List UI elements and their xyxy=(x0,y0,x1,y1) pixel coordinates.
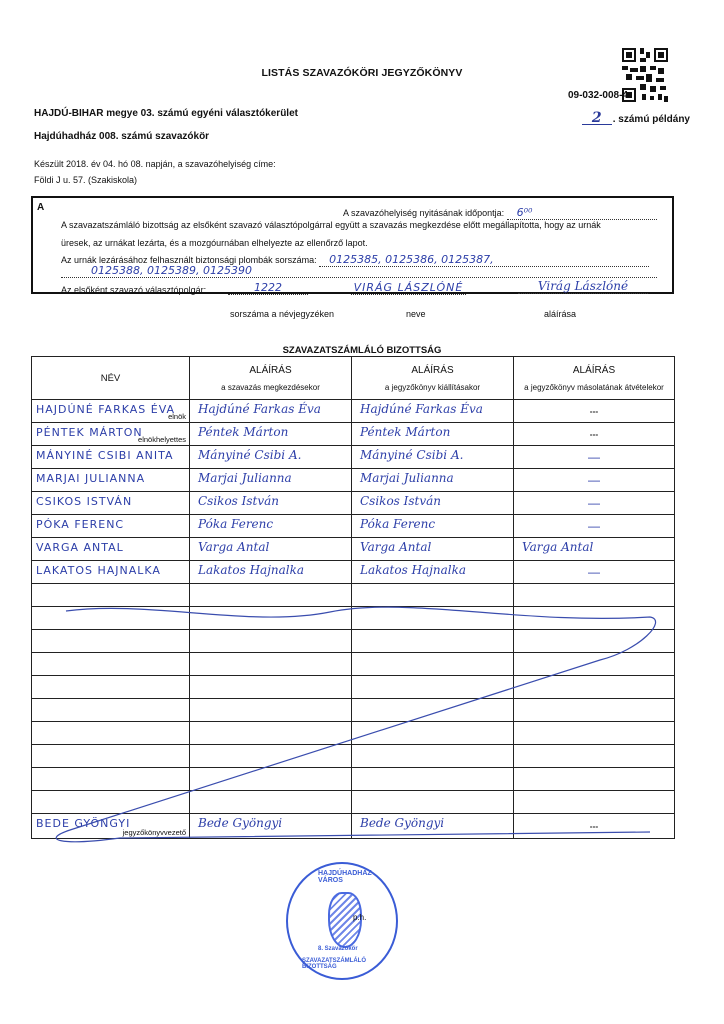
header-name: NÉV xyxy=(32,357,190,400)
member-name-cell xyxy=(32,722,190,745)
stamp-bottom-text: SZAVAZATSZÁMLÁLÓ BIZOTTSÁG xyxy=(302,958,396,970)
table-row: VARGA ANTALVarga AntalVarga AntalVarga A… xyxy=(32,538,675,561)
member-name-cell: MÁNYINÉ CSIBI ANITA xyxy=(32,446,190,469)
signature: Marjai Julianna xyxy=(360,471,454,485)
member-name: MÁNYINÉ CSIBI ANITA xyxy=(36,449,173,462)
sig-start-cell xyxy=(190,676,352,699)
committee-table: NÉV ALÁÍRÁSa szavazás megkezdésekor ALÁÍ… xyxy=(31,356,675,839)
sig-report-cell xyxy=(352,768,514,791)
copy-number-label: . számú példány xyxy=(613,114,690,125)
first-voter-name: VIRÁG LÁSZLÓNÉ xyxy=(351,281,466,295)
table-row xyxy=(32,630,675,653)
member-name: PÉNTEK MÁRTON xyxy=(36,426,143,439)
sig-start-cell xyxy=(190,584,352,607)
statement-line-2: üresek, az urnákat lezárta, és a mozgóur… xyxy=(61,238,368,248)
sig-report-cell xyxy=(352,745,514,768)
sig-copy-cell: Varga Antal xyxy=(514,538,675,561)
member-name: MARJAI JULIANNA xyxy=(36,472,145,485)
sig-copy-cell xyxy=(514,630,675,653)
first-voter-label: Az elsőként szavazó választópolgár: xyxy=(61,285,206,295)
signature: Bede Gyöngyi xyxy=(198,816,282,830)
caption-signature: aláírása xyxy=(544,309,576,319)
sig-start-cell: Bede Gyöngyi xyxy=(190,814,352,839)
member-name: VARGA ANTAL xyxy=(36,541,124,554)
sig-start-cell xyxy=(190,607,352,630)
signature: Péntek Márton xyxy=(360,425,450,439)
sig-report-cell: Bede Gyöngyi xyxy=(352,814,514,839)
signature: Varga Antal xyxy=(360,540,431,554)
sig-report-cell xyxy=(352,722,514,745)
stamp-placeholder-label: p.h. xyxy=(353,913,366,922)
signature: Varga Antal xyxy=(198,540,269,554)
header-sig-copy: ALÁÍRÁSa jegyzőkönyv másolatának átvétel… xyxy=(514,357,675,400)
sig-copy-cell xyxy=(514,791,675,814)
member-name-cell: PÉNTEK MÁRTONelnökhelyettes xyxy=(32,423,190,446)
opening-time-value: 6⁰⁰ xyxy=(507,206,657,220)
sig-report-cell: Marjai Julianna xyxy=(352,469,514,492)
member-name-cell: PÓKA FERENC xyxy=(32,515,190,538)
sig-start-cell xyxy=(190,653,352,676)
polling-address: Földi J u. 57. (Szakiskola) xyxy=(34,175,137,185)
signature: Csikos István xyxy=(198,494,279,508)
sig-copy-cell xyxy=(514,699,675,722)
first-voter-number: 1222 xyxy=(228,281,308,295)
table-row xyxy=(32,768,675,791)
sig-report-cell xyxy=(352,791,514,814)
stamp-top-text: HAJDÚHADHÁZ VÁROS xyxy=(318,870,396,884)
statement-line-1: A szavazatszámláló bizottság az elsőként… xyxy=(61,220,601,230)
sig-report-cell xyxy=(352,653,514,676)
signature: Mányiné Csibi A. xyxy=(198,448,301,462)
sig-start-cell xyxy=(190,630,352,653)
table-row: MARJAI JULIANNAMarjai JuliannaMarjai Jul… xyxy=(32,469,675,492)
member-name: PÓKA FERENC xyxy=(36,518,124,531)
member-role: elnök xyxy=(168,412,186,421)
sig-report-cell: Mányiné Csibi A. xyxy=(352,446,514,469)
member-name-cell: VARGA ANTAL xyxy=(32,538,190,561)
table-row xyxy=(32,676,675,699)
opening-time: A szavazóhelyiség nyitásának időpontja: … xyxy=(343,206,657,220)
sig-start-cell: Péntek Márton xyxy=(190,423,352,446)
sig-report-cell: Lakatos Hajnalka xyxy=(352,561,514,584)
member-name-cell xyxy=(32,676,190,699)
member-name-cell xyxy=(32,584,190,607)
sig-report-cell: Varga Antal xyxy=(352,538,514,561)
header-sig-report: ALÁÍRÁSa jegyzőkönyv kiállításakor xyxy=(352,357,514,400)
signature: Lakatos Hajnalka xyxy=(198,563,304,577)
table-row: MÁNYINÉ CSIBI ANITAMányiné Csibi A.Mányi… xyxy=(32,446,675,469)
seals-line-2: 0125388, 0125389, 0125390 xyxy=(61,264,657,278)
signature: Póka Ferenc xyxy=(360,517,435,531)
table-row xyxy=(32,745,675,768)
signature: Varga Antal xyxy=(522,540,593,554)
sig-start-cell xyxy=(190,722,352,745)
sig-start-cell xyxy=(190,699,352,722)
precinct: Hajdúhadház 008. számú szavazókör xyxy=(34,131,209,142)
sig-start-cell: Póka Ferenc xyxy=(190,515,352,538)
member-name-cell xyxy=(32,791,190,814)
sig-start-cell xyxy=(190,745,352,768)
official-stamp: HAJDÚHADHÁZ VÁROS SZAVAZATSZÁMLÁLÓ BIZOT… xyxy=(286,862,398,980)
member-name-cell: BEDE GYÖNGYIjegyzőkönyvvezető xyxy=(32,814,190,839)
section-a-label: A xyxy=(37,202,44,213)
signature: Hajdúné Farkas Éva xyxy=(360,402,483,416)
member-name-cell: MARJAI JULIANNA xyxy=(32,469,190,492)
member-name-cell: HAJDÚNÉ FARKAS ÉVAelnök xyxy=(32,400,190,423)
sig-copy-cell xyxy=(514,676,675,699)
sig-copy-cell: — xyxy=(514,515,675,538)
signature: Hajdúné Farkas Éva xyxy=(198,402,321,416)
committee-title: SZAVAZATSZÁMLÁLÓ BIZOTTSÁG xyxy=(0,345,724,356)
table-row xyxy=(32,791,675,814)
sig-copy-cell: — xyxy=(514,469,675,492)
sig-copy-cell: — xyxy=(514,561,675,584)
table-row: CSIKOS ISTVÁNCsikos IstvánCsikos István— xyxy=(32,492,675,515)
table-header-row: NÉV ALÁÍRÁSa szavazás megkezdésekor ALÁÍ… xyxy=(32,357,675,400)
table-row xyxy=(32,653,675,676)
sig-report-cell: Péntek Márton xyxy=(352,423,514,446)
recorder-row: BEDE GYÖNGYIjegyzőkönyvvezetőBede Gyöngy… xyxy=(32,814,675,839)
member-name: HAJDÚNÉ FARKAS ÉVA xyxy=(36,403,175,416)
sig-report-cell xyxy=(352,699,514,722)
sig-report-cell: Csikos István xyxy=(352,492,514,515)
opening-time-label: A szavazóhelyiség nyitásának időpontja: xyxy=(343,208,504,218)
sig-copy-cell xyxy=(514,607,675,630)
member-name-cell xyxy=(32,745,190,768)
sig-start-cell: Varga Antal xyxy=(190,538,352,561)
member-name-cell xyxy=(32,699,190,722)
member-name: CSIKOS ISTVÁN xyxy=(36,495,132,508)
sig-copy-cell: — xyxy=(514,492,675,515)
member-role: jegyzőkönyvvezető xyxy=(123,828,186,837)
sig-report-cell xyxy=(352,584,514,607)
sig-copy-cell xyxy=(514,653,675,676)
document-title: LISTÁS SZAVAZÓKÖRI JEGYZŐKÖNYV xyxy=(0,67,724,79)
sig-start-cell xyxy=(190,768,352,791)
table-row xyxy=(32,607,675,630)
sig-copy-cell xyxy=(514,722,675,745)
sig-start-cell xyxy=(190,791,352,814)
member-name-cell: CSIKOS ISTVÁN xyxy=(32,492,190,515)
copy-number-value: 2 xyxy=(582,112,612,125)
section-a-box: A A szavazóhelyiség nyitásának időpontja… xyxy=(31,196,674,294)
member-name: BEDE GYÖNGYI xyxy=(36,817,130,830)
stamp-inner-text: 8. Szavazókör xyxy=(318,946,358,952)
sig-report-cell: Hajdúné Farkas Éva xyxy=(352,400,514,423)
sig-report-cell xyxy=(352,630,514,653)
sig-copy-cell: — xyxy=(514,446,675,469)
table-row: PÓKA FERENCPóka FerencPóka Ferenc— xyxy=(32,515,675,538)
sig-start-cell: Mányiné Csibi A. xyxy=(190,446,352,469)
sig-start-cell: Csikos István xyxy=(190,492,352,515)
first-voter-signature: Virág Lászlóné xyxy=(518,279,648,294)
caption-number: sorszáma a névjegyzéken xyxy=(230,309,334,319)
sig-copy-cell xyxy=(514,768,675,791)
signature: Marjai Julianna xyxy=(198,471,292,485)
sig-copy-cell: --- xyxy=(514,400,675,423)
member-name-cell xyxy=(32,653,190,676)
sig-start-cell: Hajdúné Farkas Éva xyxy=(190,400,352,423)
signature: Mányiné Csibi A. xyxy=(360,448,463,462)
sig-copy-cell: --- xyxy=(514,423,675,446)
table-row xyxy=(32,584,675,607)
member-name-cell xyxy=(32,768,190,791)
qr-code-icon xyxy=(622,48,668,102)
table-row xyxy=(32,722,675,745)
district: HAJDÚ-BIHAR megye 03. számú egyéni válas… xyxy=(34,108,298,119)
sig-report-cell xyxy=(352,607,514,630)
copy-number: 2. számú példány xyxy=(582,112,690,125)
made-on: Készült 2018. év 04. hó 08. napján, a sz… xyxy=(34,159,276,169)
signature: Póka Ferenc xyxy=(198,517,273,531)
table-row xyxy=(32,699,675,722)
sig-start-cell: Lakatos Hajnalka xyxy=(190,561,352,584)
signature: Csikos István xyxy=(360,494,441,508)
sig-report-cell: Póka Ferenc xyxy=(352,515,514,538)
caption-name: neve xyxy=(406,309,426,319)
member-name: LAKATOS HAJNALKA xyxy=(36,564,161,577)
signature: Lakatos Hajnalka xyxy=(360,563,466,577)
sig-start-cell: Marjai Julianna xyxy=(190,469,352,492)
document-code: 09-032-008-4 xyxy=(568,90,628,101)
table-row: LAKATOS HAJNALKALakatos HajnalkaLakatos … xyxy=(32,561,675,584)
header-sig-start: ALÁÍRÁSa szavazás megkezdésekor xyxy=(190,357,352,400)
table-row: HAJDÚNÉ FARKAS ÉVAelnökHajdúné Farkas Év… xyxy=(32,400,675,423)
member-name-cell: LAKATOS HAJNALKA xyxy=(32,561,190,584)
member-role: elnökhelyettes xyxy=(138,435,186,444)
sig-copy-cell: --- xyxy=(514,814,675,839)
member-name-cell xyxy=(32,630,190,653)
sig-copy-cell xyxy=(514,745,675,768)
signature: Bede Gyöngyi xyxy=(360,816,444,830)
member-name-cell xyxy=(32,607,190,630)
signature: Péntek Márton xyxy=(198,425,288,439)
table-row: PÉNTEK MÁRTONelnökhelyettesPéntek Márton… xyxy=(32,423,675,446)
sig-copy-cell xyxy=(514,584,675,607)
sig-report-cell xyxy=(352,676,514,699)
